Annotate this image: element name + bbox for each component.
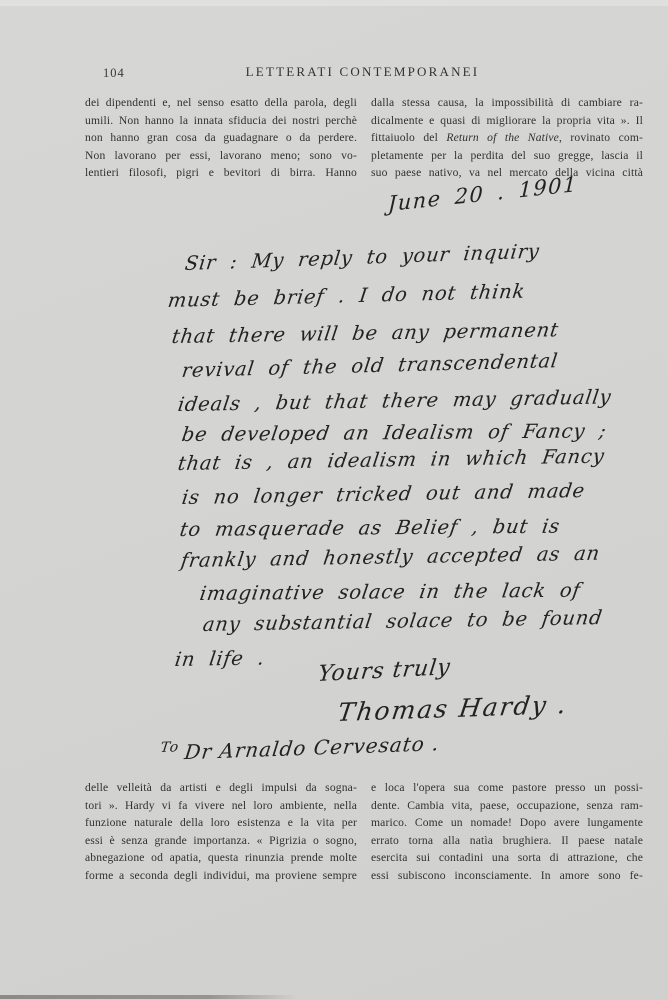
text-line: dalla stessa causa, la impossibilità di … — [371, 94, 643, 112]
text-line: non hanno gran cosa da guadagnare o da p… — [85, 129, 357, 147]
text-segment: , rovinato com- — [559, 131, 643, 144]
letter-valediction: Yours truly — [316, 655, 452, 687]
letter-line: must be brief . I do not think — [166, 280, 526, 312]
text-segment: fittaiuolo del — [371, 131, 446, 144]
letter-line: be developed an Idealism of Fancy ; — [180, 419, 608, 446]
text-line: funzione naturale della loro esistenza e… — [85, 814, 357, 832]
top-left-column: dei dipendenti e, nel senso esatto della… — [85, 94, 357, 182]
text-line: umili. Non hanno la innata sfiducia dei … — [85, 112, 357, 130]
letter-signature: Thomas Hardy . — [336, 690, 570, 727]
top-right-column: dalla stessa causa, la impossibilità di … — [371, 94, 643, 182]
bottom-right-column: e loca l'opera sua come pastore presso u… — [371, 779, 643, 884]
text-line: lentieri filosofi, pigri e bevitori di b… — [85, 164, 357, 182]
letter-line: that there will be any permanent — [170, 318, 560, 348]
scan-edge-shadow — [0, 995, 298, 999]
scan-top-highlight — [0, 0, 668, 6]
letter-line: imaginative solace in the lack of — [198, 579, 582, 605]
letter-addressee: ToDr Arnaldo Cervesato . — [158, 730, 441, 765]
text-line: forme a seconda degli individui, ma prov… — [85, 867, 357, 885]
addressee-name: Dr Arnaldo Cervesato . — [183, 731, 441, 764]
text-line: marico. Come un nomade! Dopo avere lunga… — [371, 814, 643, 832]
letter-line: ideals , but that there may gradually — [176, 385, 613, 416]
letter-line: that is , an idealism in which Fancy — [176, 445, 606, 476]
text-line: tori ». Hardy vi fa vivere nel loro ambi… — [85, 797, 357, 815]
text-line: pletamente per la perdita del suo gregge… — [371, 147, 643, 165]
letter-line: Sir : My reply to your inquiry — [184, 240, 542, 275]
text-line: Non lavorano per essi, lavorano meno; so… — [85, 147, 357, 165]
addressee-to-superscript: To — [160, 739, 181, 756]
text-line: dicalmente e quasi di migliorare la prop… — [371, 112, 643, 130]
text-line: abnegazione od apatia, questa rinunzia p… — [85, 849, 357, 867]
letter-line: any substantial solace to be found — [201, 606, 604, 636]
text-line: dente. Cambia vita, paese, occupazione, … — [371, 797, 643, 815]
letter-line: in life . — [173, 646, 266, 671]
text-line: essi è senza grande importanza. « Pigriz… — [85, 832, 357, 850]
text-line: delle velleità da artisti e degli impuls… — [85, 779, 357, 797]
bottom-left-column: delle velleità da artisti e degli impuls… — [85, 779, 357, 884]
text-line: dei dipendenti e, nel senso esatto della… — [85, 94, 357, 112]
letter-line: revival of the old transcendental — [180, 349, 559, 382]
text-line: e loca l'opera sua come pastore presso u… — [371, 779, 643, 797]
running-title: LETTERATI CONTEMPORANEI — [85, 64, 640, 80]
letter-line: to masquerade as Belief , but is — [178, 515, 562, 541]
text-line: errato torna alla natìa brughiera. Il pa… — [371, 832, 643, 850]
scanned-book-page: 104 LETTERATI CONTEMPORANEI dei dipenden… — [0, 0, 668, 1000]
text-line: fittaiuolo del Return of the Native, rov… — [371, 129, 643, 147]
letter-line: frankly and honestly accepted as an — [179, 542, 601, 572]
page-header: 104 LETTERATI CONTEMPORANEI — [85, 64, 640, 84]
text-line: esercita sui contadini una sorta di attr… — [371, 849, 643, 867]
letter-line: is no longer tricked out and made — [180, 479, 586, 509]
book-title-italic: Return of the Native — [446, 131, 559, 144]
text-line: essi subiscono inconsciamente. In amore … — [371, 867, 643, 885]
